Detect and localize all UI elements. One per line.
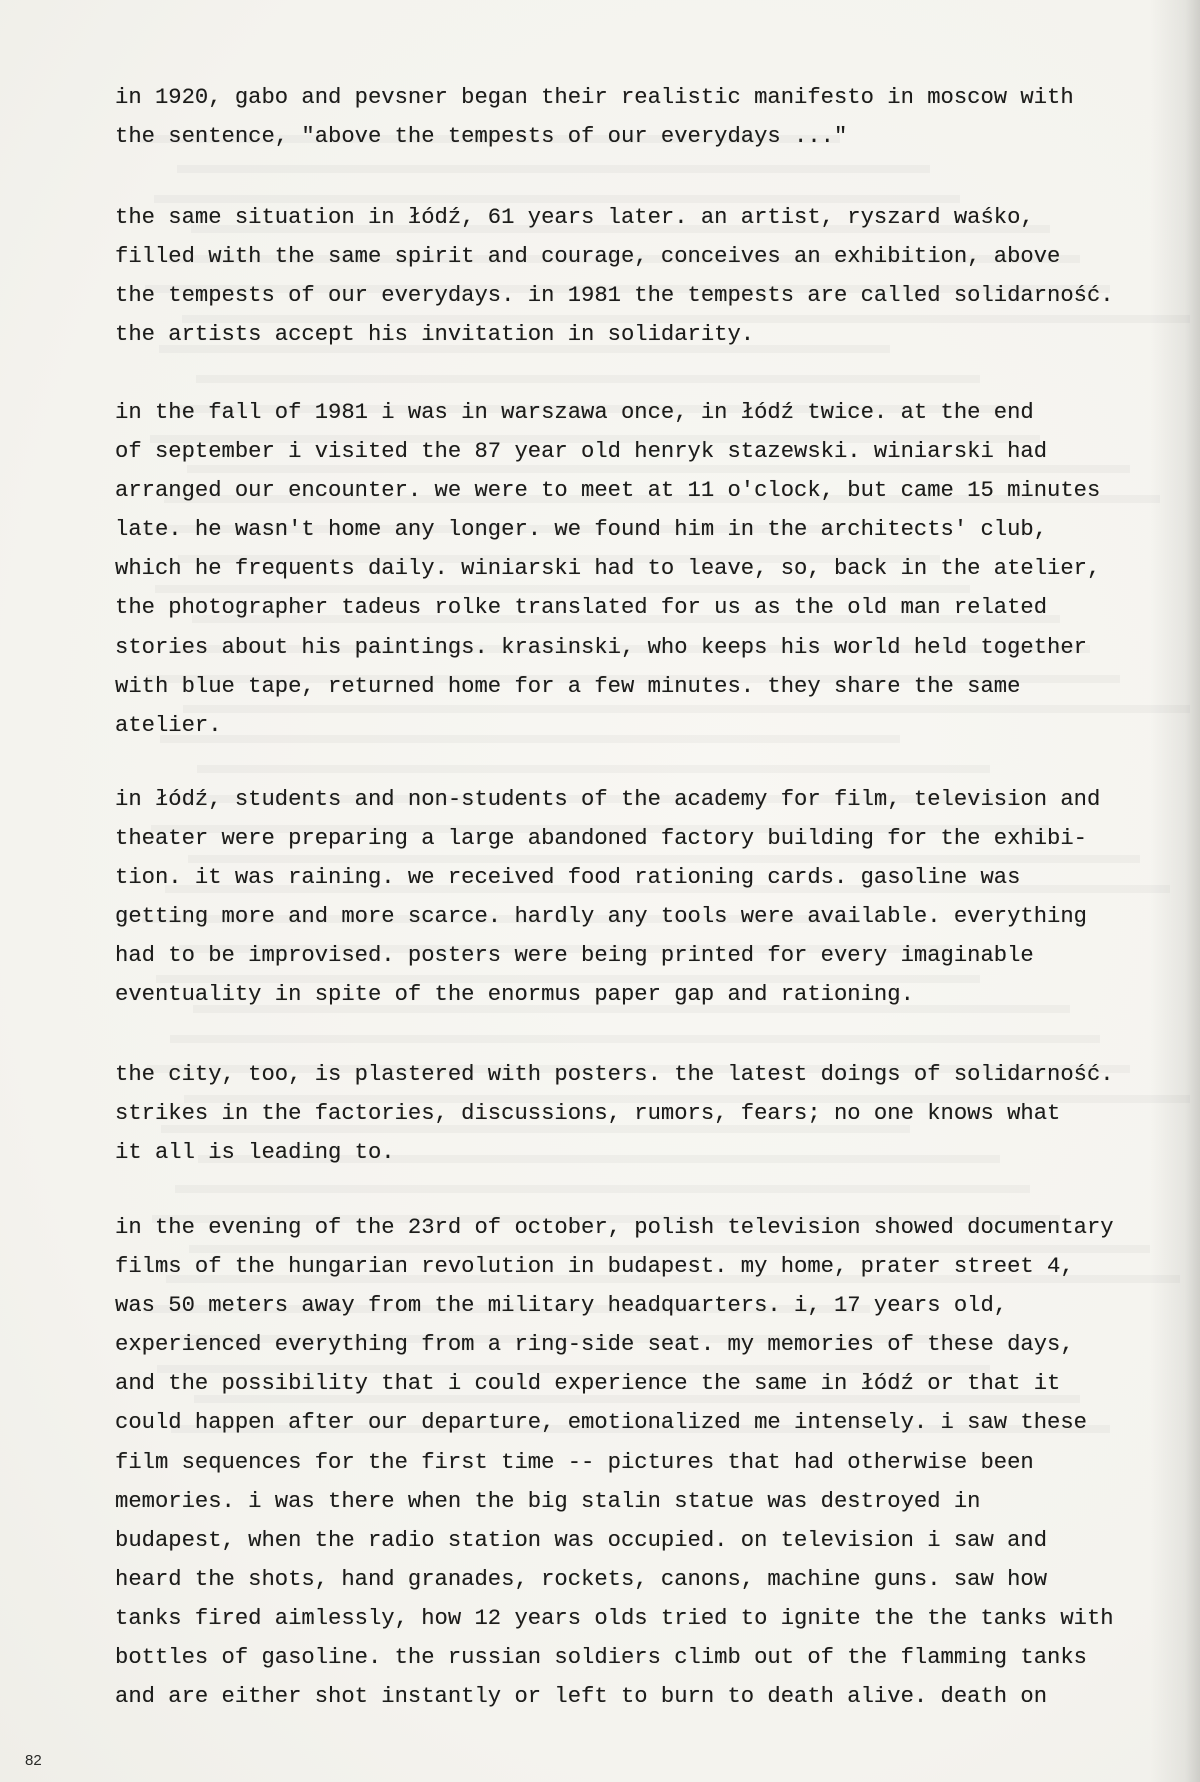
text-line: stories about his paintings. krasinski, …	[115, 628, 1190, 667]
text-line: in 1920, gabo and pevsner began their re…	[115, 78, 1190, 117]
document-page: in 1920, gabo and pevsner began their re…	[0, 0, 1200, 1782]
paragraph: the same situation in łódź, 61 years lat…	[115, 198, 1190, 354]
text-line: tanks fired aimlessly, how 12 years olds…	[115, 1599, 1190, 1638]
text-line: budapest, when the radio station was occ…	[115, 1521, 1190, 1560]
text-line: eventuality in spite of the enormus pape…	[115, 975, 1190, 1014]
page-number: 82	[25, 1752, 42, 1769]
text-line: getting more and more scarce. hardly any…	[115, 897, 1190, 936]
text-line: could happen after our departure, emotio…	[115, 1403, 1190, 1442]
text-line: the sentence, "above the tempests of our…	[115, 117, 1190, 156]
text-line: with blue tape, returned home for a few …	[115, 667, 1190, 706]
text-line: theater were preparing a large abandoned…	[115, 819, 1190, 858]
paragraph: in the fall of 1981 i was in warszawa on…	[115, 393, 1190, 745]
text-line: it all is leading to.	[115, 1133, 1190, 1172]
text-line: the same situation in łódź, 61 years lat…	[115, 198, 1190, 237]
text-line: strikes in the factories, discussions, r…	[115, 1094, 1190, 1133]
text-line: filled with the same spirit and courage,…	[115, 237, 1190, 276]
text-line: was 50 meters away from the military hea…	[115, 1286, 1190, 1325]
text-line: in łódź, students and non-students of th…	[115, 780, 1190, 819]
text-line: arranged our encounter. we were to meet …	[115, 471, 1190, 510]
paragraph: in łódź, students and non-students of th…	[115, 780, 1190, 1015]
text-line: had to be improvised. posters were being…	[115, 936, 1190, 975]
text-line: atelier.	[115, 706, 1190, 745]
text-line: films of the hungarian revolution in bud…	[115, 1247, 1190, 1286]
text-line: the photographer tadeus rolke translated…	[115, 588, 1190, 627]
text-line: memories. i was there when the big stali…	[115, 1482, 1190, 1521]
text-line: in the fall of 1981 i was in warszawa on…	[115, 393, 1190, 432]
text-line: the tempests of our everydays. in 1981 t…	[115, 276, 1190, 315]
text-line: film sequences for the first time -- pic…	[115, 1443, 1190, 1482]
text-line: and are either shot instantly or left to…	[115, 1677, 1190, 1716]
text-line: late. he wasn't home any longer. we foun…	[115, 510, 1190, 549]
paragraph: the city, too, is plastered with posters…	[115, 1055, 1190, 1172]
paragraph: in 1920, gabo and pevsner began their re…	[115, 78, 1190, 156]
text-line: heard the shots, hand granades, rockets,…	[115, 1560, 1190, 1599]
text-line: the city, too, is plastered with posters…	[115, 1055, 1190, 1094]
text-line: which he frequents daily. winiarski had …	[115, 549, 1190, 588]
text-line: experienced everything from a ring-side …	[115, 1325, 1190, 1364]
text-line: and the possibility that i could experie…	[115, 1364, 1190, 1403]
text-line: bottles of gasoline. the russian soldier…	[115, 1638, 1190, 1677]
text-line: tion. it was raining. we received food r…	[115, 858, 1190, 897]
text-line: the artists accept his invitation in sol…	[115, 315, 1190, 354]
paragraph: in the evening of the 23rd of october, p…	[115, 1208, 1190, 1716]
text-line: in the evening of the 23rd of october, p…	[115, 1208, 1190, 1247]
text-line: of september i visited the 87 year old h…	[115, 432, 1190, 471]
